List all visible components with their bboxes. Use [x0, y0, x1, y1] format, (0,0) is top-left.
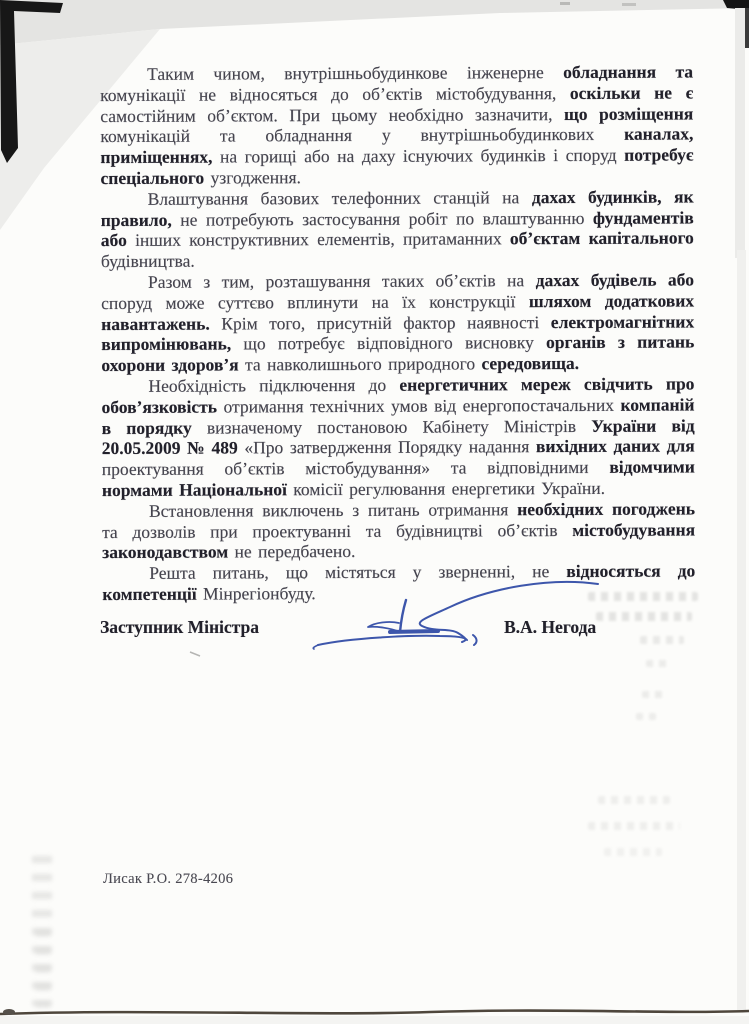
text-run-bold: середовища.: [481, 353, 579, 373]
paragraph: Таким чином, внутрішньобудинкове інженер…: [100, 61, 694, 188]
text-run: комунікацій та обладнання у внутрішньобу…: [100, 124, 624, 146]
text-run: отримання технічних умов від енергопоста…: [223, 394, 620, 416]
text-run-bold: що розміщення: [564, 103, 693, 124]
scan-smudge: [36, 930, 50, 1008]
text-run: «Про затвердження Порядку надання: [244, 436, 536, 457]
text-run: визначеному постановою Кабінету Міністрі…: [207, 415, 591, 437]
signatory-title: Заступник Міністра: [100, 617, 259, 638]
text-run: не передбачено.: [234, 541, 355, 562]
text-run: узгодження.: [210, 167, 300, 187]
text-run: Крім того, присутній фактор наявності: [221, 312, 551, 333]
text-run: споруд може суттєво вплинути на їх конст…: [101, 291, 529, 313]
signatory-name: В.А. Негода: [504, 617, 596, 638]
bleed-through-mark: [598, 796, 670, 804]
document-body: Таким чином, внутрішньобудинкове інженер…: [100, 61, 695, 604]
text-run: Встановлення виключень з питань отриманн…: [149, 499, 517, 521]
paragraph: Встановлення виключень з питань отриманн…: [102, 498, 695, 563]
text-run: що потребує відповідного висновку: [243, 332, 546, 353]
text-run: Влаштування базових телефонних станцій н…: [148, 187, 532, 209]
text-run: Таким чином, внутрішньобудинкове інженер…: [147, 62, 563, 84]
bleed-through-mark: [640, 636, 684, 644]
text-run: та дозволів при проектуванні та будівниц…: [102, 519, 572, 541]
paragraph: Влаштування базових телефонних станцій н…: [101, 186, 694, 272]
text-run-bold: необхідних погоджень: [517, 498, 695, 519]
contact-footer: Лисак Р.О. 278-4206: [103, 871, 233, 888]
text-run: комунікації не відносяться до об’єктів м…: [100, 83, 570, 105]
bleed-through-mark: [588, 592, 698, 601]
text-run: та навколишнього природного: [245, 353, 482, 374]
text-run: Необхідність підключення до: [148, 375, 399, 396]
text-run-bold: дахах будівель або: [536, 269, 694, 290]
text-run: Мінрегіонбуду.: [203, 583, 316, 603]
text-run-bold: об’єктам капітального: [510, 228, 694, 249]
bleed-through-mark: [646, 660, 672, 667]
text-run: комісії регулювання енергетики України.: [293, 478, 605, 499]
bleed-through-mark: [588, 822, 680, 830]
text-run: не потребують застосування робіт по влаш…: [180, 207, 593, 229]
text-run-bold: оскільки не є: [570, 82, 693, 103]
bleed-through-mark: [642, 691, 666, 698]
paragraph: Необхідність підключення до енергетичних…: [101, 373, 695, 500]
text-run: будівництва.: [101, 251, 195, 271]
bleed-through-mark: [636, 713, 656, 720]
bleed-through-mark: [604, 848, 662, 856]
handwritten-signature-icon: [310, 576, 605, 654]
text-run-bold: обладнання та: [563, 61, 693, 82]
text-run-bold: вихідних даних для: [536, 436, 695, 457]
text-run: проектування об’єктів містобудування» та…: [102, 457, 610, 479]
text-run: на горищі або на даху існуючих будинків …: [220, 145, 624, 167]
text-run: інших конструктивних елементів, притаман…: [135, 229, 510, 251]
text-run: Разом з тим, розташування таких об’єктів…: [148, 270, 536, 292]
paragraph: Разом з тим, розташування таких об’єктів…: [101, 269, 694, 376]
text-run: самостійним об’єктом. При цьому необхідн…: [100, 104, 564, 126]
bleed-through-mark: [596, 612, 692, 621]
